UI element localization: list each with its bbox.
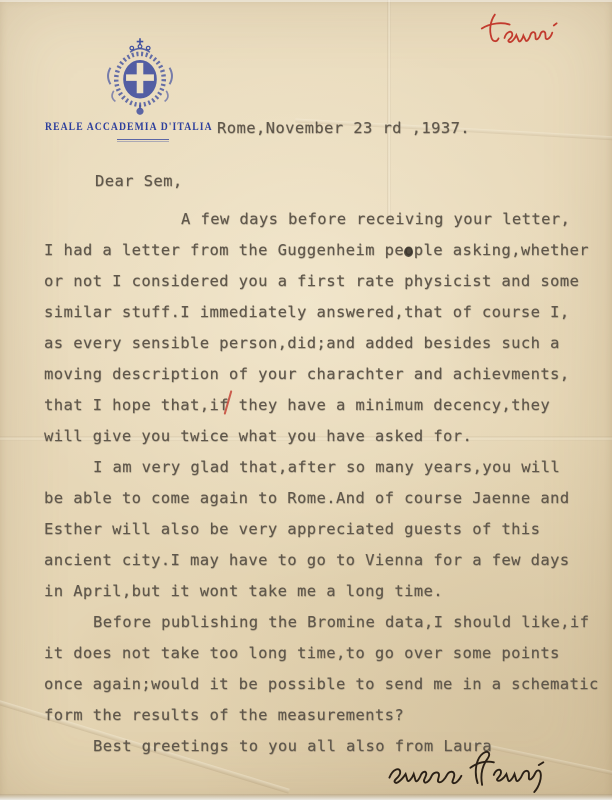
letterhead-rule [117,139,169,140]
letter-line: be able to come again to Rome.And of cou… [44,489,599,520]
letter-line: it does not take too long time,to go ove… [44,644,599,675]
letter-body: A few days before receiving your letter,… [44,210,599,768]
royal-academy-crest-icon [99,36,181,116]
letter-line: as every sensible person,did;and added b… [44,334,599,365]
letter-line: form the results of the measurements? [44,706,599,737]
letter-line: once again;would it be possible to send … [44,675,599,706]
signature-enrico-fermi [384,744,564,796]
letterhead-org-name: REALE ACCADEMIA D'ITALIA [45,121,213,133]
letter-line: in April,but it wont take me a long time… [44,582,599,613]
letter-line: similar stuff.I immediately answered,tha… [44,303,599,334]
letter-line: moving description of your charachter an… [44,365,599,396]
letter-line: or not I considered you a first rate phy… [44,272,599,303]
letter-scan-page: REALE ACCADEMIA D'ITALIA Rome,November 2… [0,0,612,800]
paper-edge-top [0,0,612,2]
letter-line: will give you twice what you have asked … [44,427,599,458]
letter-line: that I hope that,if they have a minimum … [44,396,599,427]
salutation: Dear Sem, [95,172,183,190]
handwritten-red-name-annotation [465,6,572,53]
letter-line: Before publishing the Bromine data,I sho… [44,613,599,644]
letter-line: I am very glad that,after so many years,… [44,458,599,489]
handwriting-signature [384,744,564,796]
fold-crease-vertical [387,0,391,225]
letter-line: A few days before receiving your letter, [44,210,599,241]
handwriting-fermi-red [465,6,572,53]
letter-line: Esther will also be very appreciated gue… [44,520,599,551]
letter-line: ancient city.I may have to go to Vienna … [44,551,599,582]
dateline: Rome,November 23 rd ,1937. [217,119,470,137]
letter-line: I had a letter from the Guggenheim peopl… [44,241,599,272]
